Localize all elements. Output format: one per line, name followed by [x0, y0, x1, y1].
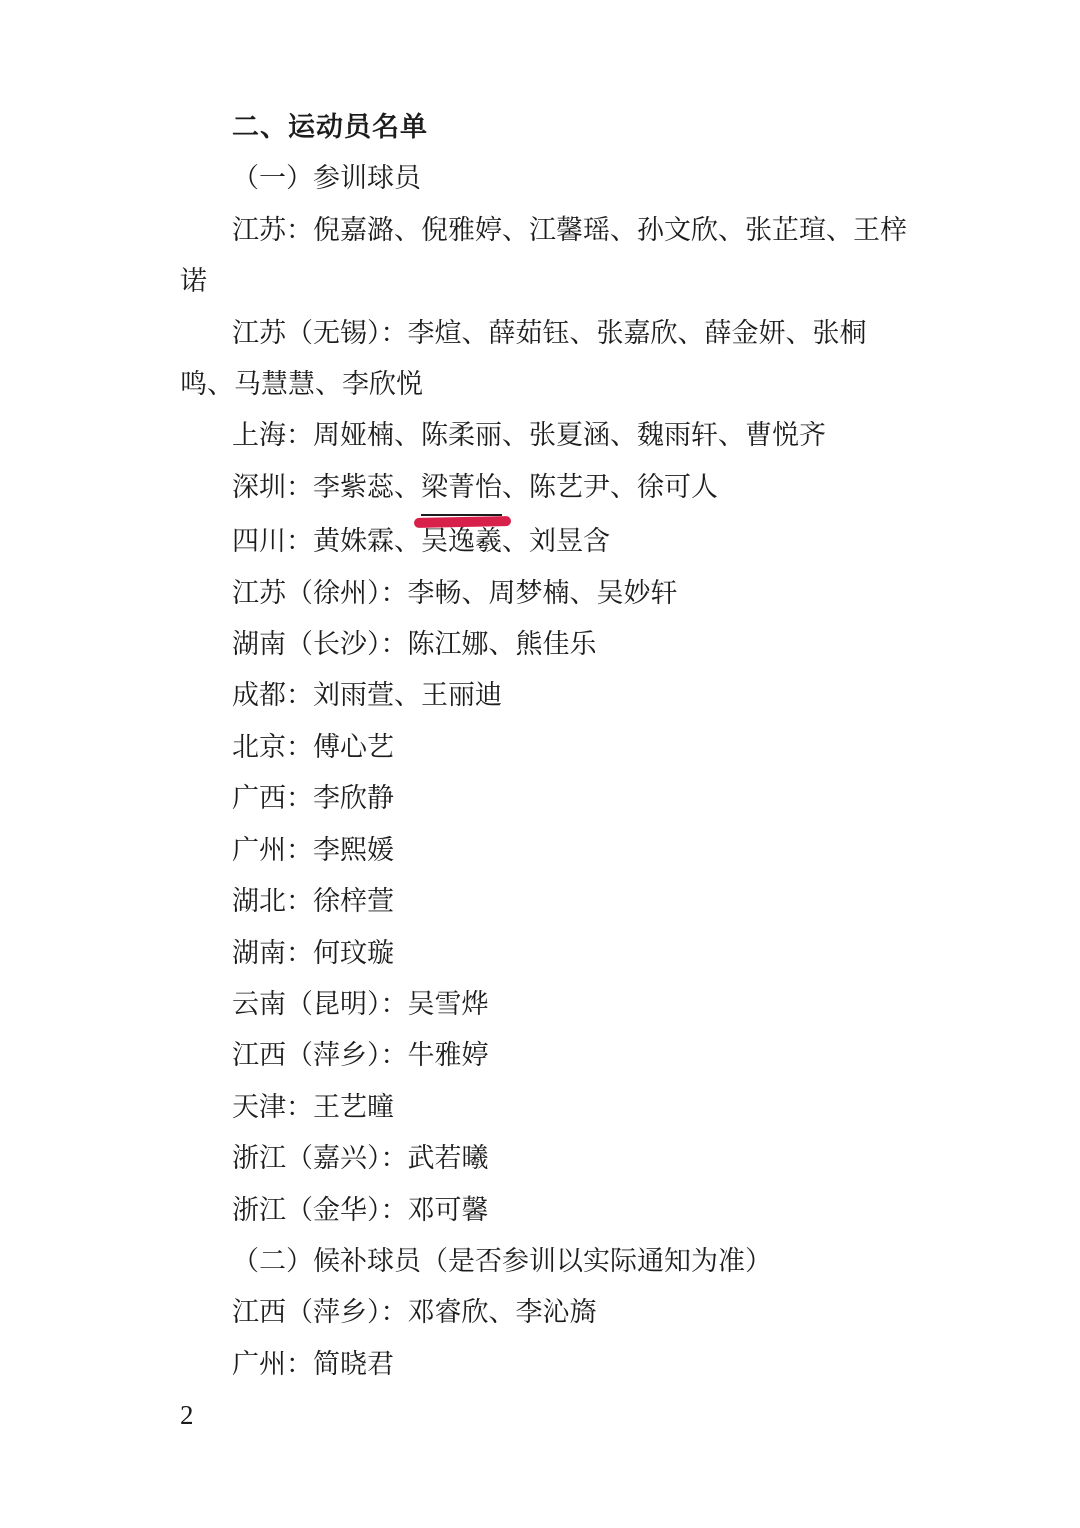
roster-line-hunan: 湖南：何玟璇 — [180, 928, 914, 979]
roster-line-shanghai: 上海：周娅楠、陈柔丽、张夏涵、魏雨轩、曹悦齐 — [180, 410, 914, 461]
roster-line-jiangsu: 江苏：倪嘉潞、倪雅婷、江馨瑶、孙文欣、张芷瑄、王梓诺 — [180, 205, 914, 308]
shenzhen-names-after: 、陈艺尹、徐可人 — [502, 472, 718, 502]
substitutes-section-title: （二）候补球员（是否参训以实际通知为准） — [180, 1236, 914, 1287]
roster-line-yunnan-kunming: 云南（昆明）：吴雪烨 — [180, 979, 914, 1030]
roster-line-jiangxi-pingxiang: 江西（萍乡）：牛雅婷 — [180, 1030, 914, 1081]
roster-line-shenzhen: 深圳：李紫蕊、梁菁怡、陈艺尹、徐可人 — [180, 462, 914, 516]
substitute-line-guangzhou: 广州：简晓君 — [180, 1339, 914, 1390]
roster-line-zhejiang-jiaxing: 浙江（嘉兴）：武若曦 — [180, 1133, 914, 1184]
roster-line-jiangsu-wuxi: 江苏（无锡）：李煊、薛茹钰、张嘉欣、薛金妍、张桐鸣、马慧慧、李欣悦 — [180, 308, 914, 411]
substitute-line-jiangxi-pingxiang: 江西（萍乡）：邓睿欣、李沁旖 — [180, 1287, 914, 1338]
roster-line-hunan-changsha: 湖南（长沙）：陈江娜、熊佳乐 — [180, 619, 914, 670]
highlighted-player-name: 梁菁怡 — [421, 462, 502, 516]
roster-line-hubei: 湖北：徐梓萱 — [180, 876, 914, 927]
participants-section-title: （一）参训球员 — [180, 153, 914, 204]
roster-line-chengdu: 成都：刘雨萱、王丽迪 — [180, 670, 914, 721]
section-heading: 二、运动员名单 — [180, 102, 914, 153]
roster-line-jiangsu-xuzhou: 江苏（徐州）：李畅、周梦楠、吴妙轩 — [180, 568, 914, 619]
document-page: 二、运动员名单 （一）参训球员 江苏：倪嘉潞、倪雅婷、江馨瑶、孙文欣、张芷瑄、王… — [0, 0, 1080, 1528]
document-content: 二、运动员名单 （一）参训球员 江苏：倪嘉潞、倪雅婷、江馨瑶、孙文欣、张芷瑄、王… — [0, 0, 1080, 1442]
roster-line-guangxi: 广西：李欣静 — [180, 773, 914, 824]
roster-line-tianjin: 天津：王艺曈 — [180, 1082, 914, 1133]
shenzhen-names-before: 深圳：李紫蕊、 — [232, 472, 421, 502]
roster-line-beijing: 北京：傅心艺 — [180, 722, 914, 773]
roster-line-guangzhou: 广州：李熙媛 — [180, 825, 914, 876]
roster-line-zhejiang-jinhua: 浙江（金华）：邓可馨 — [180, 1185, 914, 1236]
page-number: 2 — [180, 1390, 914, 1441]
roster-line-sichuan: 四川：黄姝霖、吴逸羲、刘昱含 — [180, 516, 914, 567]
